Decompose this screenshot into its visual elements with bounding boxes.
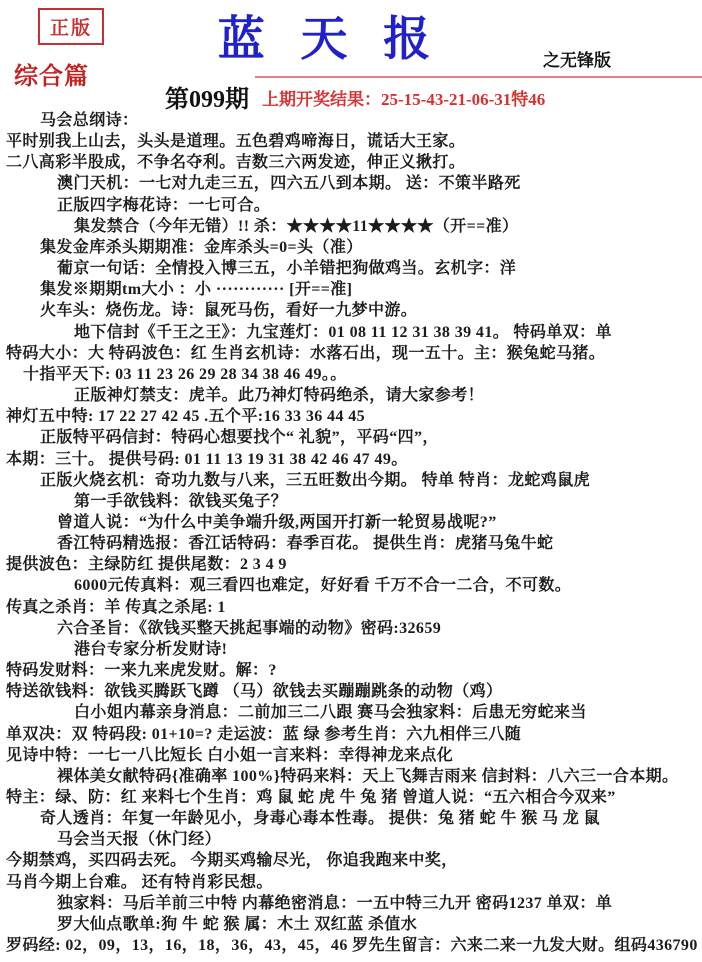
report-line: 特码大小：大 特码波色：红 生肖玄机诗：水落石出，现一五十。主：猴兔蛇马猪。 [6, 343, 702, 364]
report-line: 裸体美女献特码{准确率 100%}特码来料：天上飞舞吉雨来 信封料：八六三一合本… [6, 766, 702, 787]
report-line: 曾道人说：“为什么中美争端升级,两国开打新一轮贸易战呢?” [6, 512, 702, 533]
report-line: 正版火烧玄机：奇功九数与八来，三五旺数出今期。 特单 特肖：龙蛇鸡鼠虎 [6, 470, 702, 491]
report-line: 奇人透肖：年复一年龄见小，身毒心毒本性毒。 提供：兔 猪 蛇 牛 猴 马 龙 鼠 [6, 808, 702, 829]
report-line: 集发※期期tm大小 ：小 ············ [开==准] [6, 279, 702, 300]
report-line: 本期：三十。 提供号码: 01 11 13 19 31 38 42 46 47 … [6, 449, 702, 470]
edition-label: 之无锋版 [543, 46, 611, 71]
result-divider-line [255, 76, 702, 78]
report-line: 提供波色：主绿防红 提供尾数：2 3 4 9 [6, 554, 702, 575]
report-line: 特码发财料：一来九来虎发财。解：? [6, 660, 702, 681]
report-line: 今期禁鸡，买四码去死。 今期买鸡输尽光， 你追我跑来中奖， [6, 850, 702, 871]
report-line: 十指平天下: 03 11 23 26 29 28 34 38 46 49。。 [6, 364, 702, 385]
section-title: 综合篇 [14, 56, 89, 91]
report-line: 马会当天报（休门经） [6, 829, 702, 850]
report-line: 六合圣旨：《欲钱买整天挑起事端的动物》密码:32659 [6, 618, 702, 639]
report-line: 地下信封《千王之王》：九宝莲灯：01 08 11 12 31 38 39 41。… [6, 322, 702, 343]
report-line: 葡京一句话：全情投入博三五，小羊错把狗做鸡当。玄机字：洋 [6, 258, 702, 279]
report-body: 马会总纲诗：平时别我上山去，头头是道理。五色碧鸡啼海日，谎话大王家。二八高彩半股… [6, 110, 702, 956]
report-line: 正版特平码信封：特码心想要找个“ 礼貌”，平码“四”， [6, 427, 702, 448]
report-line: 独家料：马后羊前三中特 内幕绝密消息：一五中特三九开 密码1237 单双：单 [6, 893, 702, 914]
report-line: 特送欲钱料：欲钱买腾跃飞蹲 （马）欲钱去买蹦蹦跳条的动物（鸡） [6, 681, 702, 702]
report-line: 神灯五中特: 17 22 27 42 45 .五个平:16 33 36 44 4… [6, 406, 702, 427]
page-title: 蓝 天 报 [150, 2, 510, 69]
report-line: 集发禁合（今年无错）!! 杀：★★★★11★★★★（开==准） [6, 216, 702, 237]
report-line: 罗大仙点歌单:狗 牛 蛇 猴 属：木土 双红蓝 杀值水 [6, 914, 702, 935]
report-line: 集发金库杀头期期准：金库杀头=0=头（准） [6, 237, 702, 258]
report-line: 单双决：双 特码段: 01+10=? 走运波：蓝 绿 参考生肖：六九相伴三八随 [6, 724, 702, 745]
issue-number: 第099期 [165, 79, 249, 114]
report-line: 马肖今期上台难。 还有特肖彩民想。 [6, 872, 702, 893]
report-line: 第一手欲钱料：欲钱买兔子？ [6, 491, 702, 512]
report-line: 马会总纲诗： [6, 110, 702, 131]
report-line: 香江特码精选报：香江话特码：春季百花。 提供生肖：虎猪马兔牛蛇 [6, 533, 702, 554]
report-line: 正版四字梅花诗：一七可合。 [6, 195, 702, 216]
last-draw-result: 上期开奖结果：25-15-43-21-06-31特46 [262, 85, 545, 110]
report-line: 特主：绿、防：红 来料七个生肖：鸡 鼠 蛇 虎 牛 兔 猪 曾道人说：“五六相合… [6, 787, 702, 808]
report-line: 港台专家分析发财诗! [6, 639, 702, 660]
report-line: 传真之杀肖：羊 传真之杀尾: 1 [6, 597, 702, 618]
report-line: 二八高彩半股成，不争名夺利。吉数三六两发迹，伸正义揪打。 [6, 152, 702, 173]
report-line: 正版神灯禁支：虎羊。此乃神灯特码绝杀，请大家参考！ [6, 385, 702, 406]
report-line: 6000元传真料：观三看四也难定，好好看 千万不合一二合，不可数。 [6, 575, 702, 596]
authentic-badge: 正版 [38, 8, 104, 45]
report-line: 澳门天机：一七对九走三五，四六五八到本期。 送：不策半路死 [6, 173, 702, 194]
report-line: 火车头：烧伤龙。诗：鼠死马伤，看好一九梦中游。 [6, 300, 702, 321]
report-line: 罗码经: 02，09，13，16，18，36，43，45，46 罗先生留言：六来… [6, 935, 702, 956]
report-line: 白小姐内幕亲身消息：二前加三二八跟 赛马会独家料：后患无穷蛇来当 [6, 702, 702, 723]
report-line: 见诗中特：一七一八比短长 白小姐一言来料：幸得神龙来点化 [6, 745, 702, 766]
report-line: 平时别我上山去，头头是道理。五色碧鸡啼海日，谎话大王家。 [6, 131, 702, 152]
